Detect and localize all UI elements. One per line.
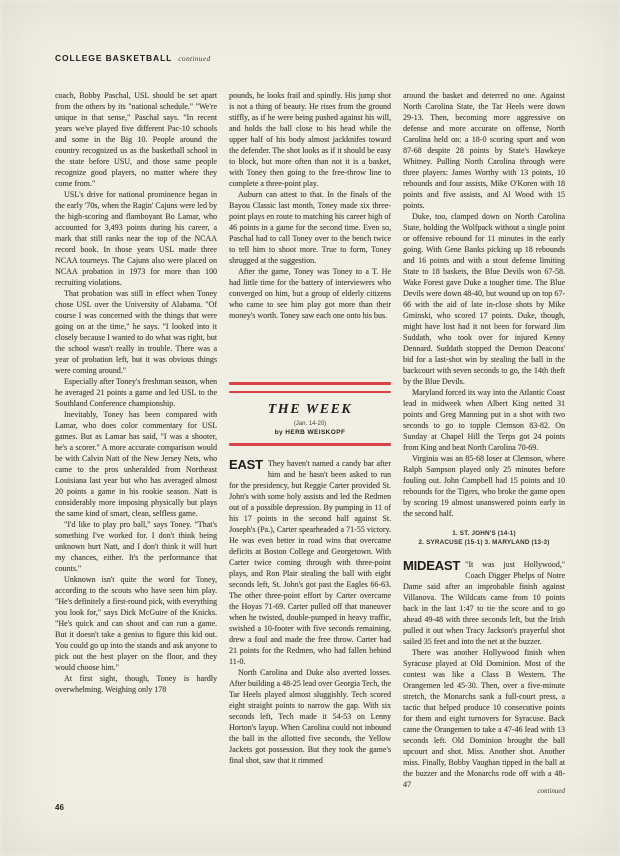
section-title: COLLEGE BASKETBALL [55, 53, 172, 63]
body-paragraph: Especially after Toney's freshman season… [55, 376, 217, 409]
body-paragraph: Auburn can attest to that. In the finals… [229, 189, 391, 266]
body-paragraph: around the basket and deterred no one. A… [403, 90, 565, 211]
the-week-byline: by HERB WEISKOPF [229, 429, 391, 436]
body-paragraph: North Carolina and Duke also averted los… [229, 667, 391, 766]
body-paragraph: MIDEAST"It was just Hollywood," Coach Di… [403, 559, 565, 647]
the-week-box: THE WEEK (Jan. 14-20) by HERB WEISKOPF [229, 382, 391, 446]
red-rule-top-2 [229, 391, 391, 394]
column-middle: pounds, he looks frail and spindly. His … [229, 90, 391, 795]
body-paragraph: At first sight, though, Toney is hardly … [55, 673, 217, 695]
continued-from-label: continued [178, 54, 210, 63]
body-paragraph: That probation was still in effect when … [55, 288, 217, 376]
page-number: 46 [55, 803, 64, 812]
body-paragraph: Virginia was an 85-68 loser at Clemson, … [403, 453, 565, 519]
region-mideast-heading: MIDEAST [403, 559, 465, 571]
running-head: COLLEGE BASKETBALLcontinued [55, 48, 565, 60]
the-week-title: THE WEEK [229, 402, 391, 418]
region-east: EASTThey haven't named a candy bar after… [229, 458, 391, 766]
body-paragraph: pounds, he looks frail and spindly. His … [229, 90, 391, 189]
east-continuation: around the basket and deterred no one. A… [403, 90, 565, 519]
body-paragraph: After the game, Toney was Toney to a T. … [229, 266, 391, 321]
red-rule-bottom [229, 443, 391, 446]
body-paragraph: EASTThey haven't named a candy bar after… [229, 458, 391, 667]
page-body: COLLEGE BASKETBALLcontinued coach, Bobby… [0, 0, 620, 856]
body-paragraph: Inevitably, Toney has been compared with… [55, 409, 217, 519]
body-paragraph: "I'd like to play pro ball," says Toney.… [55, 519, 217, 574]
article-continuation: pounds, he looks frail and spindly. His … [229, 90, 391, 382]
red-rule-top-1 [229, 382, 391, 385]
body-paragraph: Unknown isn't quite the word for Toney, … [55, 574, 217, 673]
region-east-text: They haven't named a candy bar after him… [229, 459, 391, 666]
continued-label: continued [531, 787, 565, 795]
body-paragraph: Duke, too, clamped down on North Carolin… [403, 211, 565, 387]
region-east-heading: EAST [229, 458, 268, 470]
the-week-date-range: (Jan. 14-20) [229, 421, 391, 427]
column-right: around the basket and deterred no one. A… [403, 90, 565, 795]
ranking-line: 2. SYRACUSE (15-1) 3. MARYLAND (13-3) [403, 538, 565, 547]
east-region-rankings: 1. ST. JOHN'S (14-1) 2. SYRACUSE (15-1) … [403, 529, 565, 547]
body-paragraph: There was another Hollywood finish when … [403, 647, 565, 790]
column-left: coach, Bobby Paschal, USL should be set … [55, 90, 217, 795]
region-mideast: MIDEAST"It was just Hollywood," Coach Di… [403, 559, 565, 790]
ranking-line: 1. ST. JOHN'S (14-1) [403, 529, 565, 538]
body-paragraph: USL's drive for national prominence bega… [55, 189, 217, 288]
body-paragraph: coach, Bobby Paschal, USL should be set … [55, 90, 217, 189]
column-layout: coach, Bobby Paschal, USL should be set … [55, 90, 565, 795]
scanned-magazine-page: COLLEGE BASKETBALLcontinued coach, Bobby… [0, 0, 620, 856]
body-paragraph: Maryland forced its way into the Atlanti… [403, 387, 565, 453]
